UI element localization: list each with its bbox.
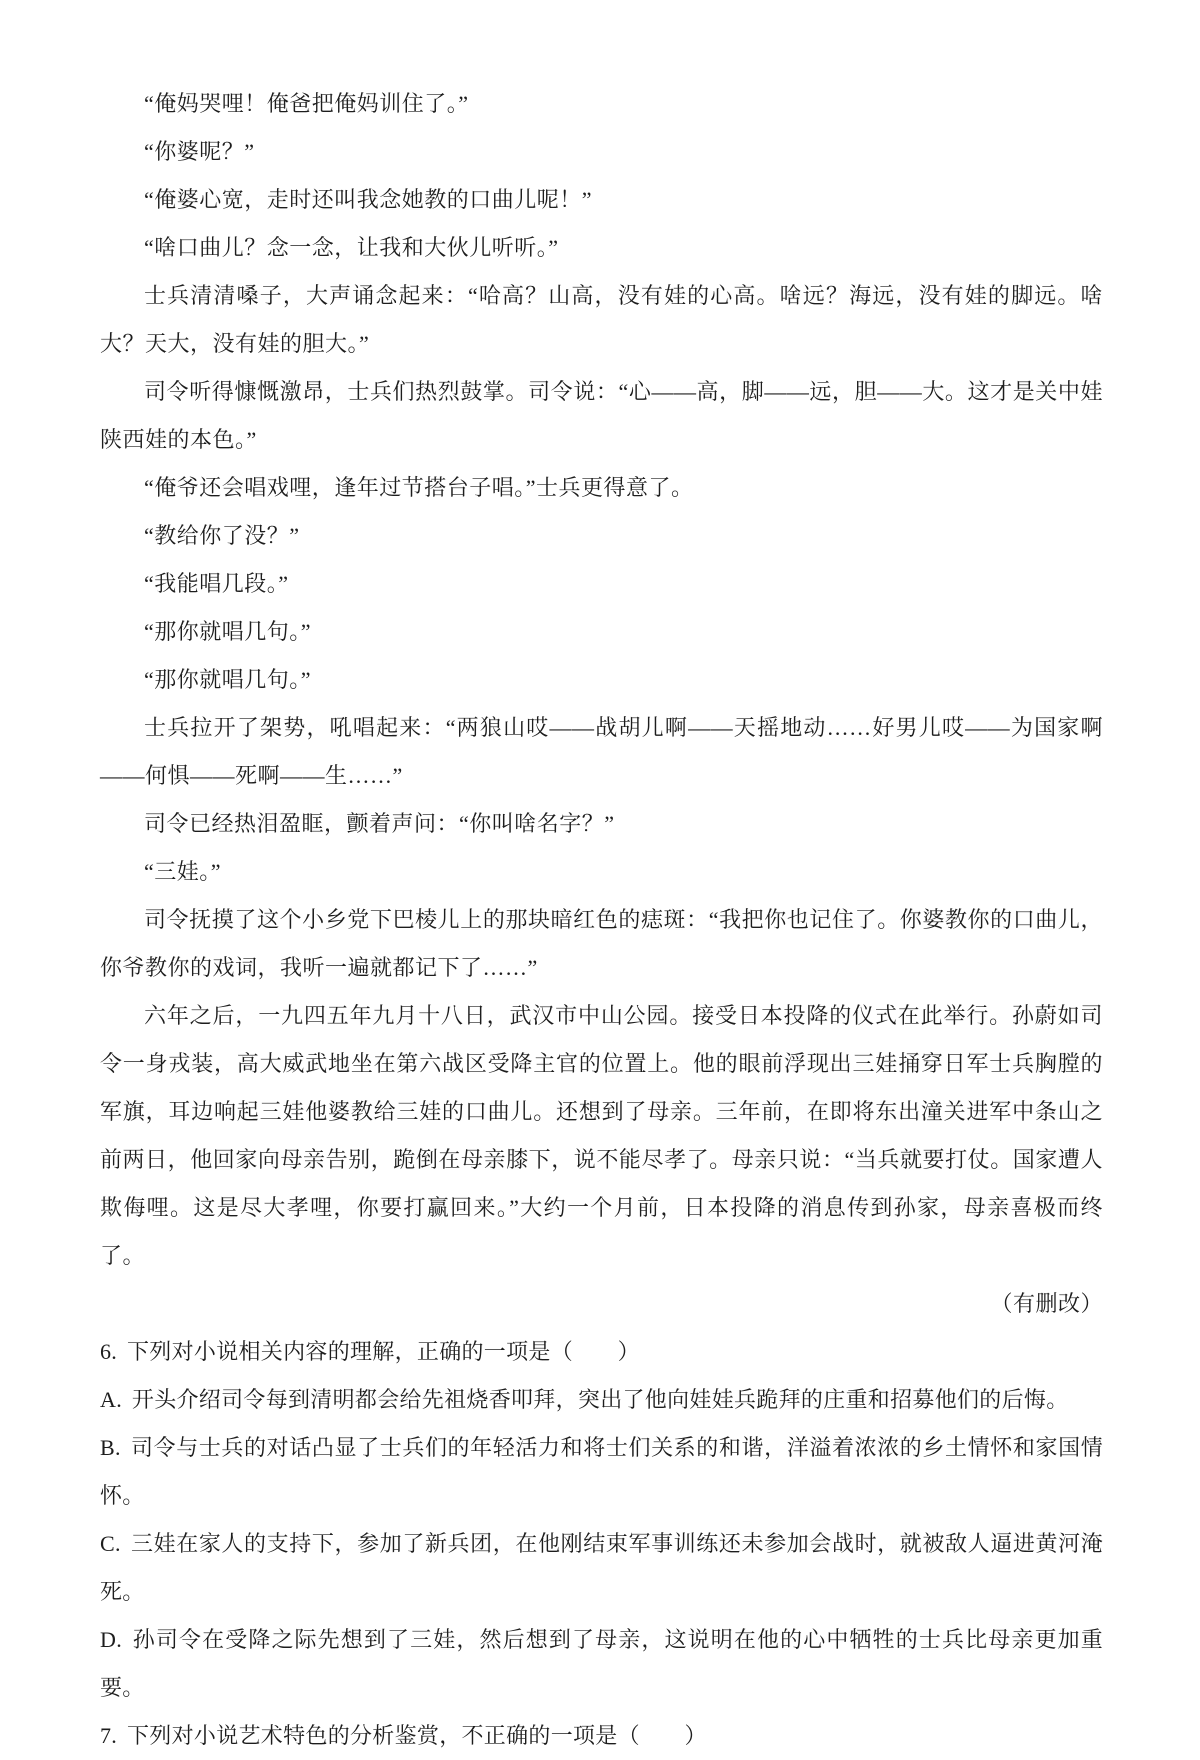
passage-paragraph-9: “我能唱几段。” — [100, 560, 1103, 608]
passage-paragraph-13: 司令已经热泪盈眶，颤着声问：“你叫啥名字？” — [100, 800, 1103, 848]
option-c-text: 三娃在家人的支持下，参加了新兵团，在他刚结束军事训练还未参加会战时，就被敌人逼进… — [100, 1531, 1103, 1604]
question-7-stem: 下列对小说艺术特色的分析鉴赏，不正确的一项是（ ） — [127, 1723, 707, 1748]
question-7: 7.下列对小说艺术特色的分析鉴赏，不正确的一项是（ ） — [100, 1712, 1103, 1760]
question-6-option-c: C.三娃在家人的支持下，参加了新兵团，在他刚结束军事训练还未参加会战时，就被敌人… — [100, 1520, 1103, 1616]
passage-paragraph-7: “俺爷还会唱戏哩，逢年过节搭台子唱。”士兵更得意了。 — [100, 464, 1103, 512]
passage-paragraph-3: “俺婆心宽，走时还叫我念她教的口曲儿呢！” — [100, 176, 1103, 224]
passage-paragraph-5: 士兵清清嗓子，大声诵念起来：“哈高？山高，没有娃的心高。啥远？海远，没有娃的脚远… — [100, 272, 1103, 368]
question-6-number: 6. — [100, 1339, 117, 1364]
passage-paragraph-6: 司令听得慷慨激昂，士兵们热烈鼓掌。司令说：“心——高，脚——远，胆——大。这才是… — [100, 368, 1103, 464]
question-6-stem: 下列对小说相关内容的理解，正确的一项是（ ） — [127, 1339, 640, 1364]
passage-paragraph-10: “那你就唱几句。” — [100, 608, 1103, 656]
passage-paragraph-4: “啥口曲儿？念一念，让我和大伙儿听听。” — [100, 224, 1103, 272]
passage-paragraph-11: “那你就唱几句。” — [100, 656, 1103, 704]
reading-passage: “俺妈哭哩！俺爸把俺妈训住了。” “你婆呢？” “俺婆心宽，走时还叫我念她教的口… — [100, 80, 1103, 1328]
exam-page: “俺妈哭哩！俺爸把俺妈训住了。” “你婆呢？” “俺婆心宽，走时还叫我念她教的口… — [0, 0, 1200, 1698]
option-b-text: 司令与士兵的对话凸显了士兵们的年轻活力和将士们关系的和谐，洋溢着浓浓的乡土情怀和… — [100, 1435, 1103, 1508]
passage-paragraph-2: “你婆呢？” — [100, 128, 1103, 176]
option-c-label: C. — [100, 1531, 121, 1556]
question-7-number: 7. — [100, 1723, 117, 1748]
question-6-option-b: B.司令与士兵的对话凸显了士兵们的年轻活力和将士们关系的和谐，洋溢着浓浓的乡土情… — [100, 1424, 1103, 1520]
option-b-label: B. — [100, 1435, 121, 1460]
passage-paragraph-14: “三娃。” — [100, 848, 1103, 896]
option-d-text: 孙司令在受降之际先想到了三娃，然后想到了母亲，这说明在他的心中牺牲的士兵比母亲更… — [100, 1627, 1103, 1700]
questions-section: 6.下列对小说相关内容的理解，正确的一项是（ ） A.开头介绍司令每到清明都会给… — [100, 1328, 1103, 1760]
question-6: 6.下列对小说相关内容的理解，正确的一项是（ ） — [100, 1328, 1103, 1376]
passage-paragraph-15: 司令抚摸了这个小乡党下巴棱儿上的那块暗红色的痣斑：“我把你也记住了。你婆教你的口… — [100, 896, 1103, 992]
passage-paragraph-1: “俺妈哭哩！俺爸把俺妈训住了。” — [100, 80, 1103, 128]
passage-paragraph-12: 士兵拉开了架势，吼唱起来：“两狼山哎——战胡儿啊——天摇地动……好男儿哎——为国… — [100, 704, 1103, 800]
source-note: （有删改） — [100, 1280, 1103, 1328]
option-d-label: D. — [100, 1627, 122, 1652]
passage-paragraph-8: “教给你了没？” — [100, 512, 1103, 560]
question-6-option-a: A.开头介绍司令每到清明都会给先祖烧香叩拜，突出了他向娃娃兵跪拜的庄重和招募他们… — [100, 1376, 1103, 1424]
option-a-label: A. — [100, 1387, 122, 1412]
passage-paragraph-16: 六年之后，一九四五年九月十八日，武汉市中山公园。接受日本投降的仪式在此举行。孙蔚… — [100, 992, 1103, 1280]
option-a-text: 开头介绍司令每到清明都会给先祖烧香叩拜，突出了他向娃娃兵跪拜的庄重和招募他们的后… — [132, 1387, 1069, 1412]
